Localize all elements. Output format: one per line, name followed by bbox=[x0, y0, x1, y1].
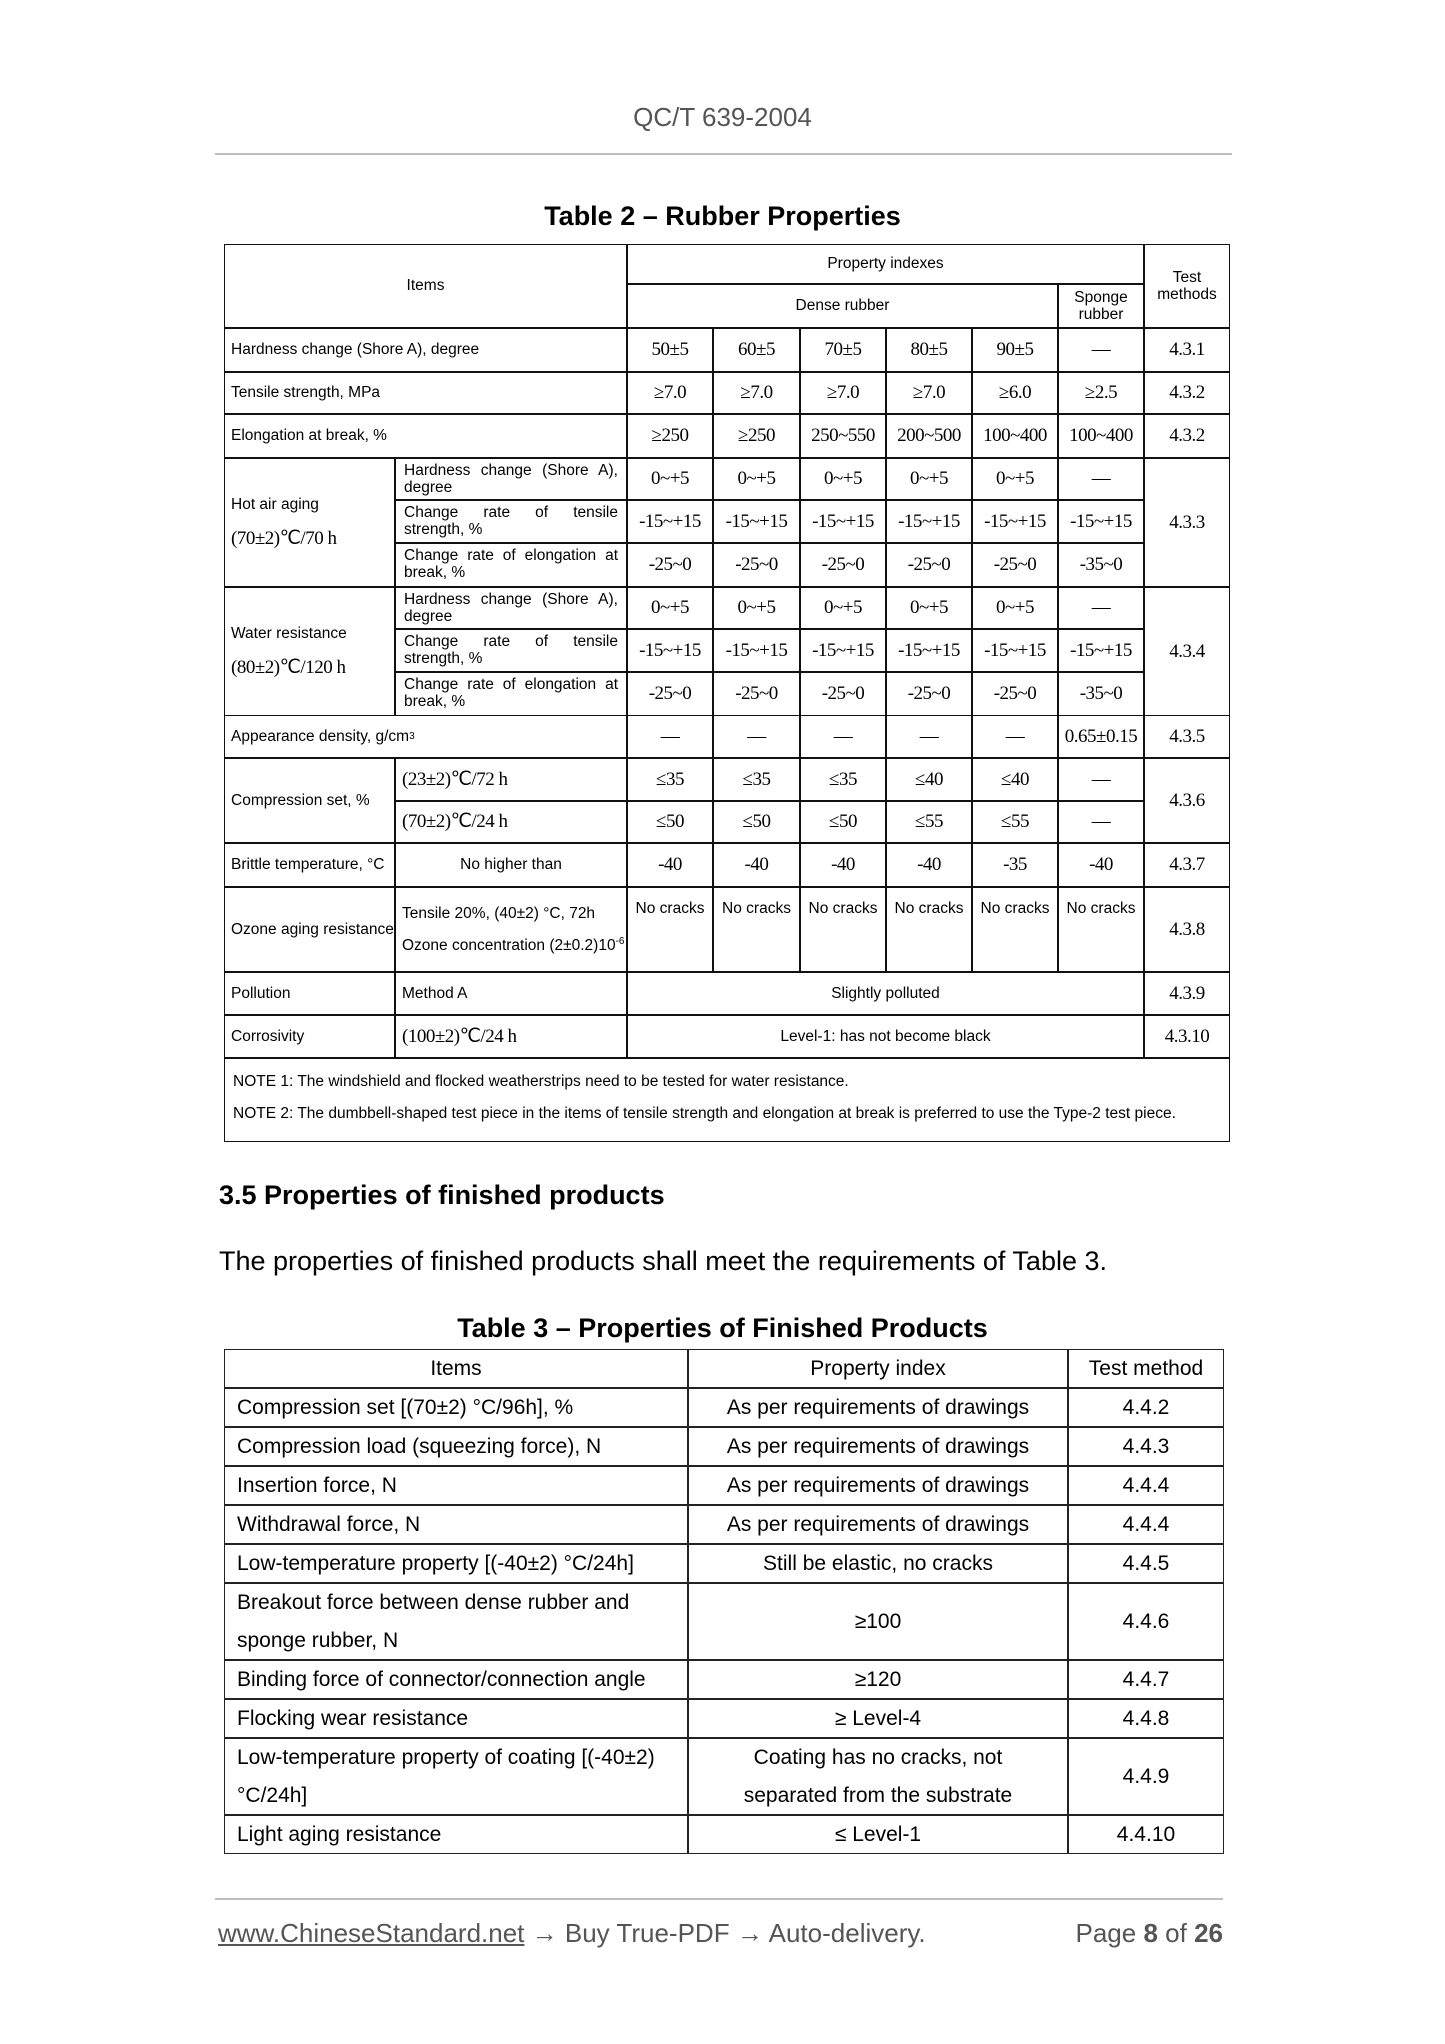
row-method: 4.4.5 bbox=[1068, 1544, 1224, 1583]
value-cell: -35~0 bbox=[1058, 672, 1144, 716]
value-cell: -40 bbox=[886, 843, 972, 887]
value-cell: 0~+5 bbox=[800, 587, 886, 629]
value-cell: -15~+15 bbox=[886, 500, 972, 543]
compression-label: Compression set, % bbox=[224, 758, 395, 843]
total-pages: 26 bbox=[1194, 1918, 1223, 1948]
density-item: Appearance density, g/cm3 bbox=[224, 715, 627, 758]
header-test-method: Test method bbox=[1068, 1349, 1224, 1388]
value-cell: -15~+15 bbox=[713, 500, 800, 543]
row-index: As per requirements of drawings bbox=[688, 1388, 1068, 1427]
value-cell: — bbox=[800, 715, 886, 758]
water-resistance-label: Water resistance(80±2)℃/120 h bbox=[224, 587, 395, 716]
brittle-label: Brittle temperature, °C bbox=[224, 843, 395, 887]
value-cell: 250~550 bbox=[800, 414, 886, 458]
row-item: Hardness change (Shore A), degree bbox=[224, 328, 627, 372]
compression-condition: (70±2)℃/24 h bbox=[395, 801, 627, 844]
row-index: As per requirements of drawings bbox=[688, 1427, 1068, 1466]
value-cell: -25~0 bbox=[800, 672, 886, 716]
document-id-header: QC/T 639-2004 bbox=[0, 102, 1445, 133]
row-method: 4.4.2 bbox=[1068, 1388, 1224, 1427]
value-cell: ≤50 bbox=[800, 801, 886, 844]
ozone-label: Ozone aging resistance bbox=[224, 887, 395, 972]
pollution-value: Slightly polluted bbox=[627, 972, 1144, 1015]
value-cell: ≤40 bbox=[886, 758, 972, 801]
corrosivity-label: Corrosivity bbox=[224, 1015, 395, 1058]
brittle-method: 4.3.7 bbox=[1144, 843, 1230, 887]
page-label: Page bbox=[1075, 1918, 1136, 1948]
value-cell: ≤35 bbox=[713, 758, 800, 801]
row-item: Light aging resistance bbox=[224, 1815, 688, 1854]
row-item: Flocking wear resistance bbox=[224, 1699, 688, 1738]
value-cell: 0~+5 bbox=[713, 587, 800, 629]
value-cell: ≤55 bbox=[972, 801, 1058, 844]
value-cell: -25~0 bbox=[800, 543, 886, 587]
value-cell: No cracks bbox=[713, 887, 800, 972]
compression-method: 4.3.6 bbox=[1144, 758, 1230, 843]
value-cell: -15~+15 bbox=[800, 500, 886, 543]
value-cell: 100~400 bbox=[972, 414, 1058, 458]
row-index: ≥120 bbox=[688, 1660, 1068, 1699]
header-test-methods: Test methods bbox=[1144, 244, 1230, 328]
value-cell: 80±5 bbox=[886, 328, 972, 372]
value-cell: 0~+5 bbox=[627, 458, 713, 500]
value-cell: 0~+5 bbox=[713, 458, 800, 500]
footer-promo: www.ChineseStandard.net → Buy True-PDF →… bbox=[218, 1918, 926, 1949]
value-cell: ≥250 bbox=[713, 414, 800, 458]
value-cell: ≥250 bbox=[627, 414, 713, 458]
value-cell: -15~+15 bbox=[627, 500, 713, 543]
row-method: 4.3.1 bbox=[1144, 328, 1230, 372]
value-cell: -15~+15 bbox=[886, 629, 972, 672]
value-cell: No cracks bbox=[1058, 887, 1144, 972]
value-cell: ≤40 bbox=[972, 758, 1058, 801]
arrow-right-icon: → bbox=[532, 1918, 558, 1948]
value-cell: No cracks bbox=[800, 887, 886, 972]
value-cell: -40 bbox=[627, 843, 713, 887]
brittle-condition: No higher than bbox=[395, 843, 627, 887]
value-cell: — bbox=[886, 715, 972, 758]
pollution-condition: Method A bbox=[395, 972, 627, 1015]
value-cell: 90±5 bbox=[972, 328, 1058, 372]
water-resistance-sub-item: Change rate of elongation at break, % bbox=[395, 672, 627, 716]
row-item: Compression set [(70±2) °C/96h], % bbox=[224, 1388, 688, 1427]
footer-step-delivery: Auto-delivery. bbox=[769, 1918, 926, 1948]
value-cell: ≤50 bbox=[627, 801, 713, 844]
value-cell: — bbox=[713, 715, 800, 758]
corrosivity-value: Level-1: has not become black bbox=[627, 1015, 1144, 1058]
row-method: 4.3.2 bbox=[1144, 414, 1230, 458]
row-index: Coating has no cracks, not separated fro… bbox=[688, 1738, 1068, 1815]
section-heading: 3.5 Properties of finished products bbox=[219, 1180, 665, 1211]
value-cell: -25~0 bbox=[972, 672, 1058, 716]
row-index: ≥100 bbox=[688, 1583, 1068, 1660]
footer-divider bbox=[215, 1898, 1223, 1900]
arrow-right-icon: → bbox=[737, 1918, 763, 1948]
water-resistance-method: 4.3.4 bbox=[1144, 587, 1230, 716]
row-index: Still be elastic, no cracks bbox=[688, 1544, 1068, 1583]
row-item: Insertion force, N bbox=[224, 1466, 688, 1505]
value-cell: -35 bbox=[972, 843, 1058, 887]
value-cell: -15~+15 bbox=[713, 629, 800, 672]
value-cell: 0~+5 bbox=[886, 458, 972, 500]
row-item: Low-temperature property of coating [(-4… bbox=[224, 1738, 688, 1815]
header-items: Items bbox=[224, 244, 627, 328]
value-cell: -25~0 bbox=[886, 672, 972, 716]
value-cell: ≥2.5 bbox=[1058, 372, 1144, 414]
value-cell: — bbox=[1058, 587, 1144, 629]
value-cell: -15~+15 bbox=[972, 500, 1058, 543]
header-property-indexes: Property indexes bbox=[627, 244, 1144, 284]
value-cell: -40 bbox=[713, 843, 800, 887]
value-cell: 200~500 bbox=[886, 414, 972, 458]
hot-air-aging-label: Hot air aging(70±2)℃/70 h bbox=[224, 458, 395, 587]
table-note: NOTE 2: The dumbbell-shaped test piece i… bbox=[233, 1105, 1176, 1122]
value-cell: No cracks bbox=[627, 887, 713, 972]
value-cell: 0~+5 bbox=[627, 587, 713, 629]
value-cell: -35~0 bbox=[1058, 543, 1144, 587]
hot-air-aging-method: 4.3.3 bbox=[1144, 458, 1230, 587]
value-cell: -25~0 bbox=[713, 672, 800, 716]
value-cell: -15~+15 bbox=[627, 629, 713, 672]
value-cell: 60±5 bbox=[713, 328, 800, 372]
value-cell: -15~+15 bbox=[1058, 629, 1144, 672]
value-cell: No cracks bbox=[886, 887, 972, 972]
pollution-method: 4.3.9 bbox=[1144, 972, 1230, 1015]
row-item: Withdrawal force, N bbox=[224, 1505, 688, 1544]
value-cell: 70±5 bbox=[800, 328, 886, 372]
compression-condition: (23±2)℃/72 h bbox=[395, 758, 627, 801]
value-cell: — bbox=[1058, 758, 1144, 801]
value-cell: -15~+15 bbox=[1058, 500, 1144, 543]
value-cell: 100~400 bbox=[1058, 414, 1144, 458]
row-method: 4.4.4 bbox=[1068, 1466, 1224, 1505]
header-items: Items bbox=[224, 1349, 688, 1388]
row-index: ≥ Level-4 bbox=[688, 1699, 1068, 1738]
value-cell: ≤50 bbox=[713, 801, 800, 844]
row-item: Binding force of connector/connection an… bbox=[224, 1660, 688, 1699]
value-cell: 0.65±0.15 bbox=[1058, 715, 1144, 758]
row-item: Breakout force between dense rubber and … bbox=[224, 1583, 688, 1660]
value-cell: ≥7.0 bbox=[800, 372, 886, 414]
row-method: 4.4.6 bbox=[1068, 1583, 1224, 1660]
row-method: 4.4.10 bbox=[1068, 1815, 1224, 1854]
corrosivity-method: 4.3.10 bbox=[1144, 1015, 1230, 1058]
water-resistance-sub-item: Hardness change (Shore A), degree bbox=[395, 587, 627, 629]
header-sponge-rubber: Sponge rubber bbox=[1058, 284, 1144, 328]
row-method: 4.4.3 bbox=[1068, 1427, 1224, 1466]
value-cell: -25~0 bbox=[972, 543, 1058, 587]
section-paragraph: The properties of finished products shal… bbox=[219, 1246, 1107, 1277]
value-cell: 0~+5 bbox=[972, 458, 1058, 500]
header-property-index: Property index bbox=[688, 1349, 1068, 1388]
row-method: 4.4.4 bbox=[1068, 1505, 1224, 1544]
value-cell: 0~+5 bbox=[886, 587, 972, 629]
row-method: 4.4.8 bbox=[1068, 1699, 1224, 1738]
value-cell: ≥7.0 bbox=[886, 372, 972, 414]
row-item: Elongation at break, % bbox=[224, 414, 627, 458]
website-link[interactable]: www.ChineseStandard.net bbox=[218, 1918, 524, 1948]
value-cell: -25~0 bbox=[627, 672, 713, 716]
footer-step-buy: Buy True-PDF bbox=[565, 1918, 730, 1948]
value-cell: ≤55 bbox=[886, 801, 972, 844]
value-cell: -25~0 bbox=[886, 543, 972, 587]
value-cell: -25~0 bbox=[713, 543, 800, 587]
hot-air-aging-sub-item: Change rate of tensile strength, % bbox=[395, 500, 627, 543]
corrosivity-condition: (100±2)℃/24 h bbox=[395, 1015, 627, 1058]
header-dense-rubber: Dense rubber bbox=[627, 284, 1058, 328]
hot-air-aging-sub-item: Change rate of elongation at break, % bbox=[395, 543, 627, 587]
pollution-label: Pollution bbox=[224, 972, 395, 1015]
table-note: NOTE 1: The windshield and flocked weath… bbox=[233, 1073, 849, 1090]
row-method: 4.3.2 bbox=[1144, 372, 1230, 414]
ozone-condition: Tensile 20%, (40±2) °C, 72hOzone concent… bbox=[395, 887, 627, 972]
value-cell: ≤35 bbox=[800, 758, 886, 801]
value-cell: — bbox=[1058, 801, 1144, 844]
value-cell: -15~+15 bbox=[972, 629, 1058, 672]
row-index: ≤ Level-1 bbox=[688, 1815, 1068, 1854]
value-cell: No cracks bbox=[972, 887, 1058, 972]
of-label: of bbox=[1165, 1918, 1187, 1948]
ozone-method: 4.3.8 bbox=[1144, 887, 1230, 972]
notes-box: NOTE 1: The windshield and flocked weath… bbox=[224, 1058, 1230, 1142]
current-page: 8 bbox=[1143, 1918, 1157, 1948]
value-cell: 0~+5 bbox=[972, 587, 1058, 629]
row-item: Low-temperature property [(-40±2) °C/24h… bbox=[224, 1544, 688, 1583]
table2-title: Table 2 – Rubber Properties bbox=[0, 201, 1445, 232]
row-item: Compression load (squeezing force), N bbox=[224, 1427, 688, 1466]
value-cell: — bbox=[627, 715, 713, 758]
row-method: 4.4.9 bbox=[1068, 1738, 1224, 1815]
row-index: As per requirements of drawings bbox=[688, 1505, 1068, 1544]
value-cell: ≤35 bbox=[627, 758, 713, 801]
value-cell: ≥7.0 bbox=[713, 372, 800, 414]
value-cell: 50±5 bbox=[627, 328, 713, 372]
value-cell: — bbox=[972, 715, 1058, 758]
table3-title: Table 3 – Properties of Finished Product… bbox=[0, 1313, 1445, 1344]
value-cell: -25~0 bbox=[627, 543, 713, 587]
value-cell: -15~+15 bbox=[800, 629, 886, 672]
value-cell: 0~+5 bbox=[800, 458, 886, 500]
value-cell: — bbox=[1058, 328, 1144, 372]
value-cell: -40 bbox=[1058, 843, 1144, 887]
row-item: Tensile strength, MPa bbox=[224, 372, 627, 414]
value-cell: — bbox=[1058, 458, 1144, 500]
water-resistance-sub-item: Change rate of tensile strength, % bbox=[395, 629, 627, 672]
value-cell: ≥7.0 bbox=[627, 372, 713, 414]
row-index: As per requirements of drawings bbox=[688, 1466, 1068, 1505]
value-cell: -40 bbox=[800, 843, 886, 887]
density-method: 4.3.5 bbox=[1144, 715, 1230, 758]
value-cell: ≥6.0 bbox=[972, 372, 1058, 414]
page-indicator: Page 8 of 26 bbox=[1075, 1918, 1223, 1949]
hot-air-aging-sub-item: Hardness change (Shore A), degree bbox=[395, 458, 627, 500]
header-divider bbox=[215, 153, 1232, 155]
row-method: 4.4.7 bbox=[1068, 1660, 1224, 1699]
